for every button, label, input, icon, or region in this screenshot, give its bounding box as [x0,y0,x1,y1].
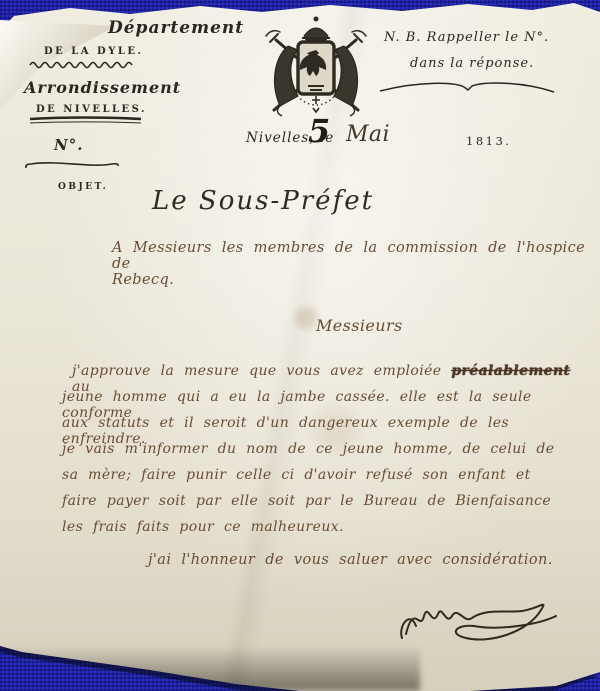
salutation: Messieurs [316,316,403,335]
nota-bene-line2: dans la réponse. [410,56,534,71]
objet-label: OBJET. [58,182,108,192]
body-line1-struck-word: préalablement [451,363,570,379]
brace-flourish [378,80,556,94]
sender-title: Le Sous-Préfet [152,186,374,216]
double-rule [28,116,143,125]
body-line-5: sa mère; faire punir celle ci d'avoir re… [62,467,577,483]
swash-rule [24,160,120,170]
wavy-rule [28,60,140,69]
body-line1-prefix: j'approuve la mesure que vous avez emplo… [72,363,441,379]
body-line-4: je vais m'informer du nom de ce jeune ho… [62,441,577,457]
recipient-line1: A Messieurs les membres de la commission… [112,240,592,272]
number-label: N°. [54,136,83,154]
nota-bene-line1: N. B. Rappeller le N°. [384,30,549,45]
department-caps-label: DE LA DYLE. [44,46,144,57]
photographed-letter: Département DE LA DYLE. Arrondissement D… [0,0,600,691]
dateline-month-handwritten: Mai [346,122,390,147]
body-line-6: faire payer soit par elle soit par le Bu… [62,493,577,509]
arrondissement-caps-label: DE NIVELLES. [36,104,147,115]
department-script-label: Département [108,18,244,38]
dateline-day-handwritten: 5 [308,112,331,150]
imperial-coat-of-arms-icon [256,12,376,124]
recipient-line2: Rebecq. [112,272,174,288]
crown [302,17,330,41]
body-line-7: les frais faits pour ce malheureux. [62,519,577,535]
arrondissement-script-label: Arrondissement [24,78,181,97]
signature-scrawl [388,586,573,656]
dateline-year: 1813. [466,134,511,148]
closing-line: j'ai l'honneur de vous saluer avec consi… [148,552,553,568]
